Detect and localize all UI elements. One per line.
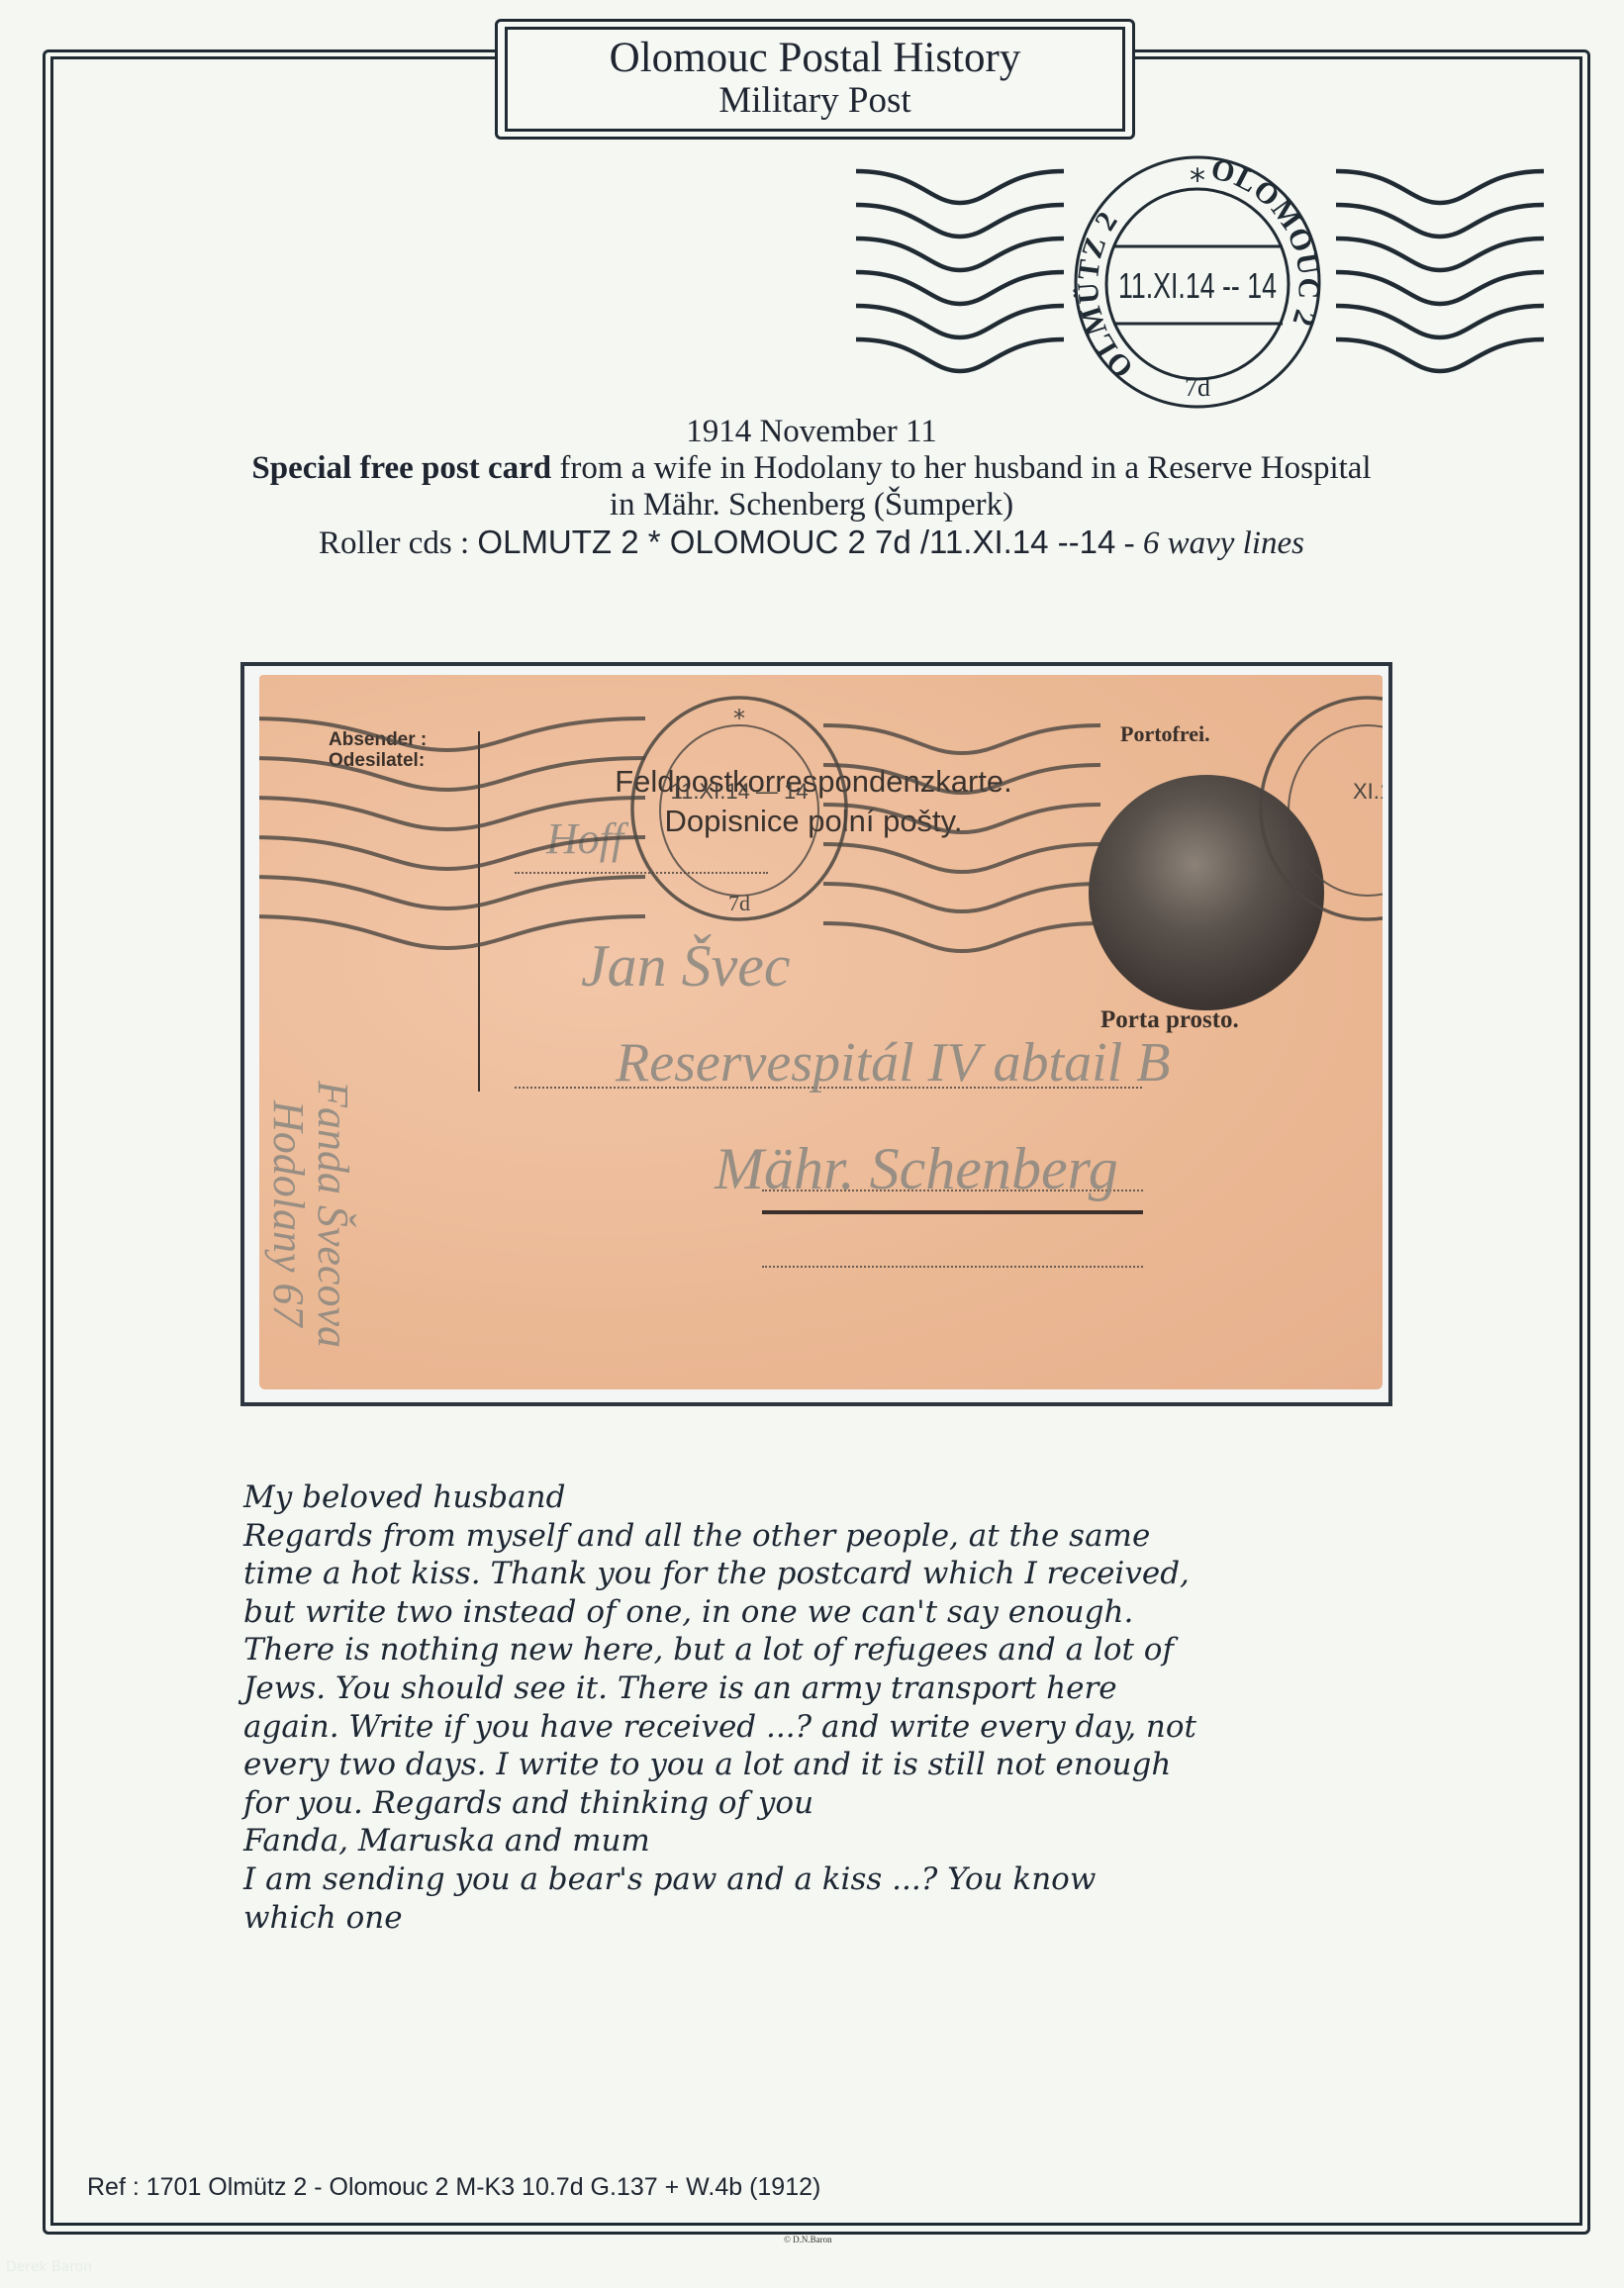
- description-highlight: Special free post card: [251, 450, 551, 486]
- description-line-3: in Mähr. Schenberg (Šumperk): [59, 487, 1564, 524]
- cancel-text: OLMUTZ 2 * OLOMOUC 2 7d /11.XI.14 --14: [477, 524, 1115, 560]
- letter-line: I am sending you a bear's paw and a kiss…: [243, 1860, 1431, 1899]
- letter-line: but write two instead of one, in one we …: [243, 1593, 1431, 1632]
- copyright: © D.N.Baron: [784, 2235, 832, 2244]
- reference-line: Ref : 1701 Olmütz 2 - Olomouc 2 M-K3 10.…: [87, 2173, 820, 2202]
- letter-line: Fanda, Maruska and mum: [243, 1822, 1431, 1860]
- page-subtitle: Military Post: [508, 81, 1122, 121]
- letter-line: Regards from myself and all the other pe…: [243, 1517, 1431, 1556]
- svg-text:*: *: [1190, 161, 1205, 199]
- description-date: 1914 November 11: [59, 414, 1564, 450]
- watermark: Derek Baron: [6, 2259, 92, 2275]
- letter-line: Jews. You should see it. There is an arm…: [243, 1669, 1431, 1708]
- card-postmark-strike-icon: 11.XI.14 — 14 7d * XI.1: [259, 675, 1383, 1389]
- letter-line: every two days. I write to you a lot and…: [243, 1746, 1431, 1784]
- svg-text:XI.1: XI.1: [1353, 779, 1383, 804]
- letter-line: My beloved husband: [243, 1478, 1431, 1517]
- letter-line: again. Write if you have received ...? a…: [243, 1708, 1431, 1747]
- roller-postmark-illustration: OLMÜTZ 2 OLOMOUC 2 * 11.XI.14 -- 14 7d: [851, 153, 1544, 411]
- svg-text:*: *: [733, 705, 745, 732]
- cds-ring-icon: OLMÜTZ 2 OLOMOUC 2 * 11.XI.14 -- 14 7d: [1072, 153, 1325, 407]
- wavy-lines-right-icon: [1336, 171, 1544, 371]
- wavy-lines-left-icon: [856, 171, 1064, 371]
- description-cancel-line: Roller cds : OLMUTZ 2 * OLOMOUC 2 7d /11…: [59, 524, 1564, 562]
- svg-text:7d: 7d: [728, 891, 750, 915]
- letter-line: for you. Regards and thinking of you: [243, 1784, 1431, 1823]
- description-line-2: Special free post card from a wife in Ho…: [59, 450, 1564, 487]
- item-description: 1914 November 11 Special free post card …: [59, 414, 1564, 562]
- svg-text:11.XI.14 — 14: 11.XI.14 — 14: [670, 779, 808, 804]
- letter-line: time a hot kiss. Thank you for the postc…: [243, 1555, 1431, 1593]
- svg-text:7d: 7d: [1185, 373, 1210, 402]
- letter-line: which one: [243, 1899, 1431, 1938]
- title-box-inner: Olomouc Postal History Military Post: [505, 27, 1125, 132]
- letter-line: There is nothing new here, but a lot of …: [243, 1631, 1431, 1669]
- cancel-note: - 6 wavy lines: [1115, 525, 1304, 561]
- postcard-image: Absender : Odesilatel: Feldpostkorrespon…: [259, 675, 1383, 1389]
- svg-text:11.XI.14 -- 14: 11.XI.14 -- 14: [1118, 265, 1277, 306]
- page-title: Olomouc Postal History: [508, 36, 1122, 81]
- letter-transcription: My beloved husband Regards from myself a…: [243, 1478, 1431, 1937]
